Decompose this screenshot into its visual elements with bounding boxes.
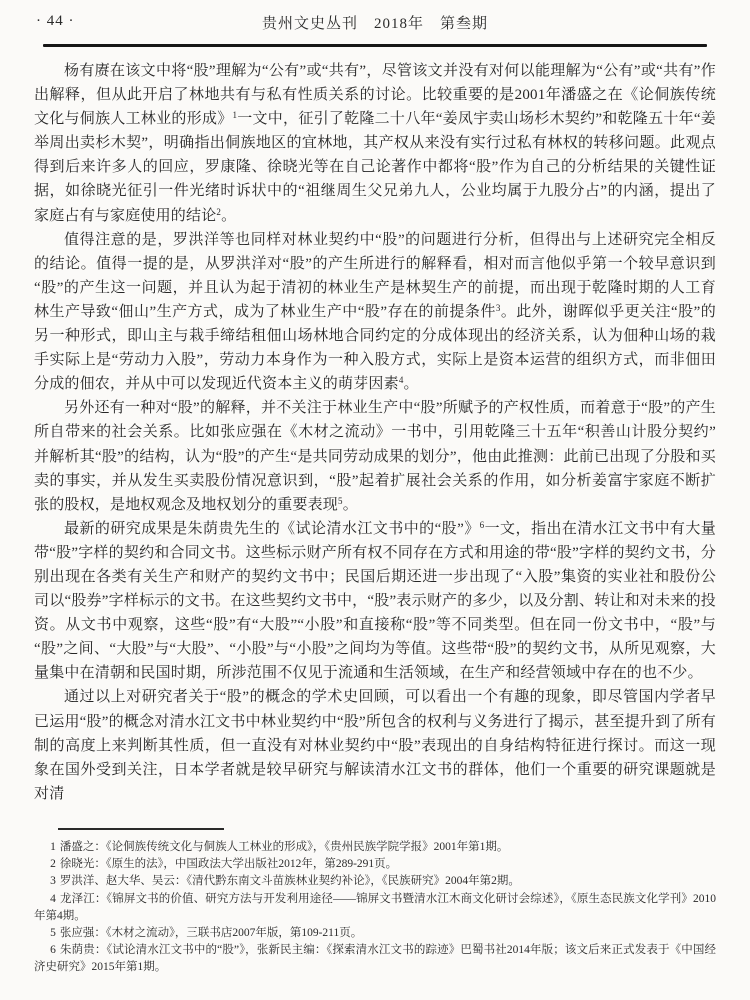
footnote-marker: 3: [496, 303, 501, 313]
footnote-number: 3: [50, 875, 56, 887]
page-number: · 44 ·: [36, 13, 75, 30]
footnote-text: 潘盛之：《论侗族传统文化与侗族人工林业的形成》，《贵州民族学院学报》2001年第…: [60, 841, 509, 853]
header-rule: [43, 44, 707, 47]
footnote-text: 张应强：《木材之流动》，三联书店2007年版，第109-211页。: [60, 927, 362, 939]
footnote-list: 1潘盛之：《论侗族传统文化与侗族人工林业的形成》，《贵州民族学院学报》2001年…: [34, 839, 716, 977]
footnote-marker: 4: [399, 375, 404, 385]
journal-page: · 44 · 贵州文史丛刊 2018年 第叁期 杨有赓在该文中将“股”理解为“公…: [0, 0, 750, 1000]
footnote-marker: 5: [338, 496, 343, 506]
footnote-item: 3罗洪洋、赵大华、吴云：《清代黔东南文斗苗族林业契约补论》，《民族研究》2004…: [34, 873, 716, 890]
footnote-text: 罗洪洋、赵大华、吴云：《清代黔东南文斗苗族林业契约补论》，《民族研究》2004年…: [60, 875, 520, 887]
paragraph: 另外还有一种对“股”的解释，并不关注于林业生产中“股”所赋予的产权性质，而着意于…: [34, 396, 716, 516]
footnote-item: 4龙泽江：《锦屏文书的价值、研究方法与开发利用途径——锦屏文书暨清水江木商文化研…: [34, 891, 716, 925]
footnote-separator: [58, 828, 224, 830]
footnote-marker: 6: [480, 520, 485, 530]
footnote-marker: 1: [232, 110, 237, 120]
footnote-item: 1潘盛之：《论侗族传统文化与侗族人工林业的形成》，《贵州民族学院学报》2001年…: [34, 839, 716, 856]
footnote-number: 6: [50, 944, 56, 956]
footnote-item: 2徐晓光：《原生的法》，中国政法大学出版社2012年，第289-291页。: [34, 856, 716, 873]
paragraph: 杨有赓在该文中将“股”理解为“公有”或“共有”，尽管该文并没有对何以能理解为“公…: [34, 59, 716, 228]
footnote-item: 5张应强：《木材之流动》，三联书店2007年版，第109-211页。: [34, 925, 716, 942]
journal-header-title: 贵州文史丛刊 2018年 第叁期: [0, 12, 750, 33]
footnote-number: 1: [50, 841, 56, 853]
footnote-number: 2: [50, 858, 56, 870]
footnote-text: 朱荫贵：《试论清水江文书中的“股”》，张新民主编：《探索清水江文书的踪迹》巴蜀书…: [34, 944, 716, 973]
page-header: · 44 · 贵州文史丛刊 2018年 第叁期: [0, 12, 750, 36]
paragraph: 值得注意的是，罗洪洋等也同样对林业契约中“股”的问题进行分析，但得出与上述研究完…: [34, 228, 716, 397]
footnote-section: 1潘盛之：《论侗族传统文化与侗族人工林业的形成》，《贵州民族学院学报》2001年…: [34, 828, 716, 977]
footnote-item: 6朱荫贵：《试论清水江文书中的“股”》，张新民主编：《探索清水江文书的踪迹》巴蜀…: [34, 942, 716, 976]
footnote-text: 徐晓光：《原生的法》，中国政法大学出版社2012年，第289-291页。: [60, 858, 397, 870]
footnote-number: 4: [50, 893, 56, 905]
footnote-number: 5: [50, 927, 56, 939]
paragraph: 最新的研究成果是朱荫贵先生的《试论清水江文书中的“股”》6一文，指出在清水江文书…: [34, 517, 716, 686]
article-body: 杨有赓在该文中将“股”理解为“公有”或“共有”，尽管该文并没有对何以能理解为“公…: [34, 59, 716, 806]
footnote-marker: 2: [216, 207, 221, 217]
footnote-text: 龙泽江：《锦屏文书的价值、研究方法与开发利用途径——锦屏文书暨清水江木商文化研讨…: [34, 893, 716, 922]
paragraph: 通过以上对研究者关于“股”的概念的学术史回顾，可以看出一个有趣的现象，即尽管国内…: [34, 685, 716, 805]
